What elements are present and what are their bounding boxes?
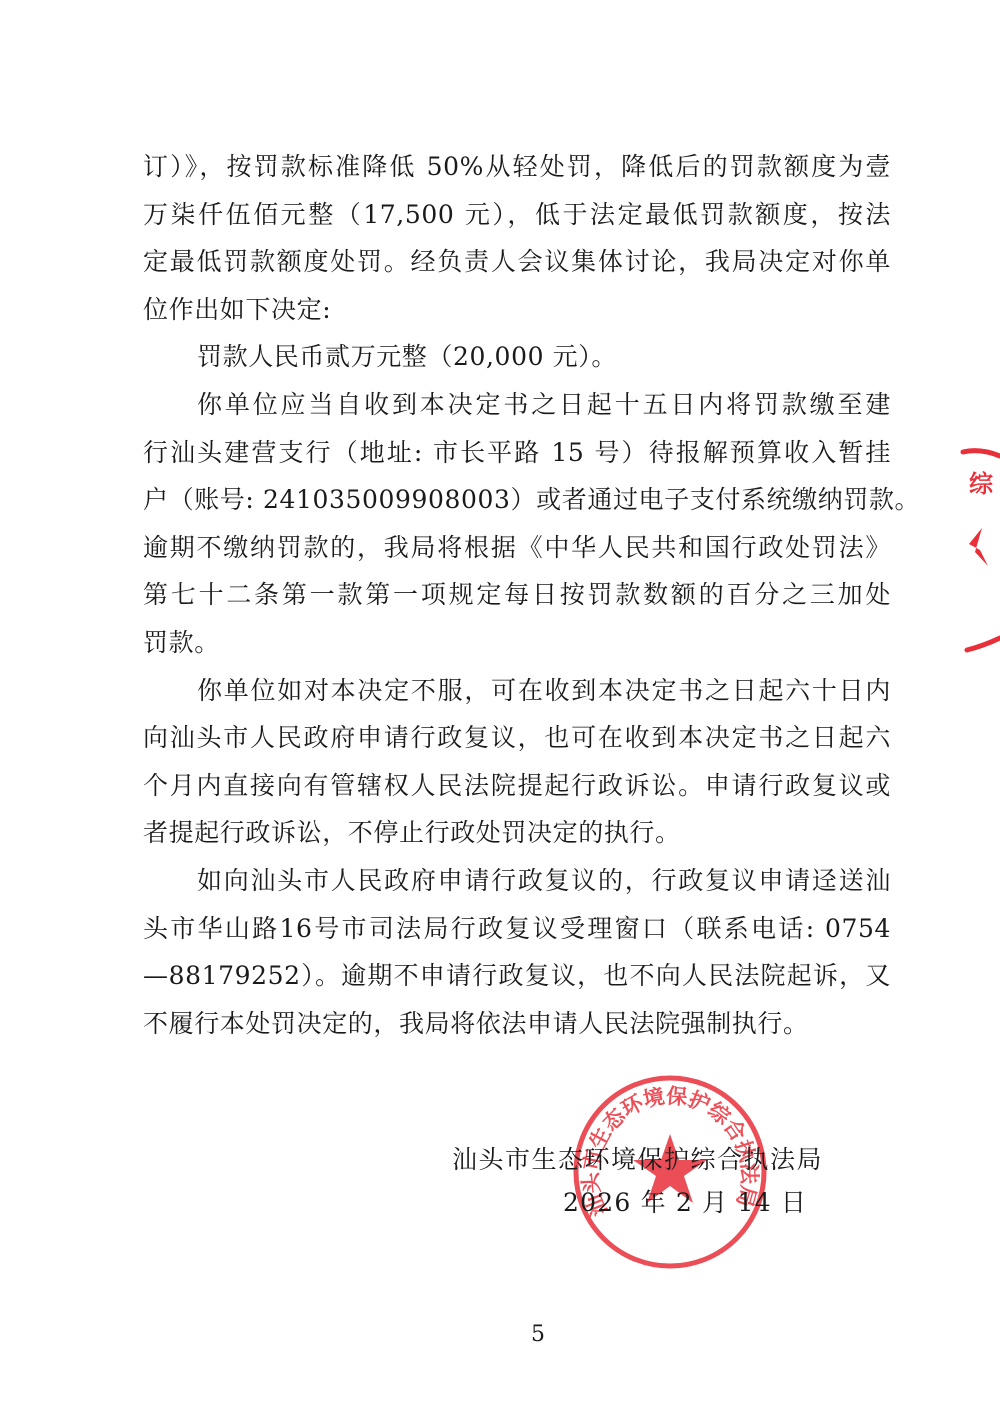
text-line: 位作出如下决定: [143, 286, 891, 334]
document-page: 订）》，按罚款标准降低 50%从轻处罚，降低后的罚款额度为壹 万柒仟伍佰元整（1… [0, 0, 1000, 1414]
text-line: 者提起行政诉讼，不停止行政处罚决定的执行。 [143, 809, 891, 857]
document-body: 订）》，按罚款标准降低 50%从轻处罚，降低后的罚款额度为壹 万柒仟伍佰元整（1… [143, 143, 891, 1047]
text-line: 罚款。 [143, 619, 891, 667]
text-line: 不履行本处罚决定的，我局将依法申请人民法院强制执行。 [143, 1000, 891, 1048]
text-line: 你单位应当自收到本决定书之日起十五日内将罚款缴至建 [143, 381, 891, 429]
text-line: 逾期不缴纳罚款的，我局将根据《中华人民共和国行政处罚法》 [143, 524, 891, 572]
text-line: 行汕头建营支行（地址: 市长平路 15 号）待报解预算收入暂挂 [143, 429, 891, 477]
text-line: 如向汕头市人民政府申请行政复议的，行政复议申请迳送汕 [143, 857, 891, 905]
text-line: 户（账号: 241035009908003）或者通过电子支付系统缴纳罚款。 [143, 476, 891, 524]
page-number: 5 [531, 1322, 545, 1347]
text-line: 定最低罚款额度处罚。经负责人会议集体讨论，我局决定对你单 [143, 238, 891, 286]
paragraph-penalty-decision: 罚款人民币贰万元整（20,000 元）。 [143, 333, 891, 381]
paragraph-appeal-rights: 你单位如对本决定不服，可在收到本决定书之日起六十日内 向汕头市人民政府申请行政复… [143, 667, 891, 857]
text-line: 个月内直接向有管辖权人民法院提起行政诉讼。申请行政复议或 [143, 762, 891, 810]
paragraph-reduction-basis: 订）》，按罚款标准降低 50%从轻处罚，降低后的罚款额度为壹 万柒仟伍佰元整（1… [143, 143, 891, 333]
text-line: 头市华山路16号市司法局行政复议受理窗口（联系电话: 0754 [143, 905, 891, 953]
paragraph-review-application: 如向汕头市人民政府申请行政复议的，行政复议申请迳送汕 头市华山路16号市司法局行… [143, 857, 891, 1047]
text-line: 罚款人民币贰万元整（20,000 元）。 [143, 333, 891, 381]
text-line: 你单位如对本决定不服，可在收到本决定书之日起六十日内 [143, 667, 891, 715]
paragraph-payment-instructions: 你单位应当自收到本决定书之日起十五日内将罚款缴至建 行汕头建营支行（地址: 市长… [143, 381, 891, 667]
text-line: —88179252）。逾期不申请行政复议，也不向人民法院起诉，又 [143, 952, 891, 1000]
text-line: 订）》，按罚款标准降低 50%从轻处罚，降低后的罚款额度为壹 [143, 143, 891, 191]
text-line: 第七十二条第一款第一项规定每日按罚款数额的百分之三加处 [143, 571, 891, 619]
edge-seal-fragment-icon: 综 [955, 440, 1000, 660]
text-line: 向汕头市人民政府申请行政复议，也可在收到本决定书之日起六 [143, 714, 891, 762]
edge-seal-text: 综 [969, 470, 994, 498]
text-line: 万柒仟伍佰元整（17,500 元），低于法定最低罚款额度，按法 [143, 191, 891, 239]
issue-date: 2026 年 2 月 14 日 [563, 1183, 807, 1219]
issuing-organization: 汕头市生态环境保护综合执法局 [452, 1140, 823, 1176]
